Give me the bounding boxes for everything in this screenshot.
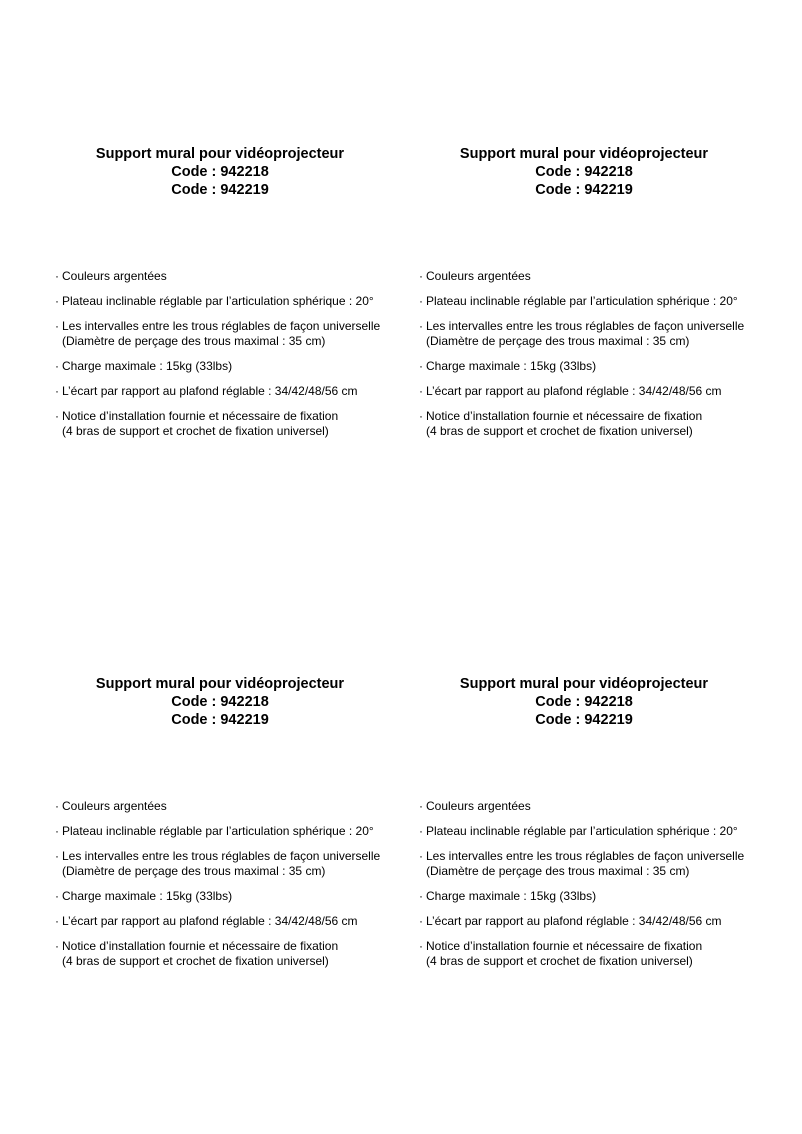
label-header: Support mural pour vidéoprojecteur Code …	[419, 145, 749, 199]
feature-item: L’écart par rapport au plafond réglable …	[55, 384, 415, 399]
product-code: Code : 942218	[419, 163, 749, 181]
feature-item: Notice d’installation fournie et nécessa…	[55, 409, 415, 439]
product-label-top-left: Support mural pour vidéoprojecteur Code …	[55, 145, 419, 199]
feature-item: Notice d’installation fournie et nécessa…	[419, 939, 779, 969]
product-code: Code : 942219	[55, 711, 385, 729]
feature-list: Couleurs argentées Plateau inclinable ré…	[419, 269, 779, 449]
product-code: Code : 942218	[55, 163, 385, 181]
feature-item: Couleurs argentées	[419, 799, 779, 814]
feature-item: Notice d’installation fournie et nécessa…	[419, 409, 779, 439]
feature-item: L’écart par rapport au plafond réglable …	[419, 914, 779, 929]
feature-item: Les intervalles entre les trous réglable…	[55, 849, 415, 879]
feature-item: Les intervalles entre les trous réglable…	[419, 849, 779, 879]
feature-item: Charge maximale : 15kg (33lbs)	[419, 359, 779, 374]
feature-list: Couleurs argentées Plateau inclinable ré…	[55, 269, 415, 449]
feature-list: Couleurs argentées Plateau inclinable ré…	[419, 799, 779, 979]
feature-item: Plateau inclinable réglable par l’articu…	[419, 824, 779, 839]
feature-item: Les intervalles entre les trous réglable…	[55, 319, 415, 349]
feature-item: L’écart par rapport au plafond réglable …	[55, 914, 415, 929]
product-code: Code : 942219	[419, 711, 749, 729]
label-header: Support mural pour vidéoprojecteur Code …	[55, 675, 385, 729]
product-label-bottom-left: Support mural pour vidéoprojecteur Code …	[55, 675, 419, 729]
feature-item: Charge maximale : 15kg (33lbs)	[55, 889, 415, 904]
product-code: Code : 942218	[55, 693, 385, 711]
product-label-bottom-right: Support mural pour vidéoprojecteur Code …	[419, 675, 783, 729]
product-title: Support mural pour vidéoprojecteur	[419, 145, 749, 163]
feature-item: Couleurs argentées	[419, 269, 779, 284]
feature-item: Les intervalles entre les trous réglable…	[419, 319, 779, 349]
product-title: Support mural pour vidéoprojecteur	[55, 675, 385, 693]
product-code: Code : 942219	[55, 181, 385, 199]
feature-item: Notice d’installation fournie et nécessa…	[55, 939, 415, 969]
feature-item: Plateau inclinable réglable par l’articu…	[419, 294, 779, 309]
feature-item: Plateau inclinable réglable par l’articu…	[55, 824, 415, 839]
feature-item: Charge maximale : 15kg (33lbs)	[419, 889, 779, 904]
feature-item: L’écart par rapport au plafond réglable …	[419, 384, 779, 399]
product-code: Code : 942218	[419, 693, 749, 711]
label-header: Support mural pour vidéoprojecteur Code …	[419, 675, 749, 729]
feature-list: Couleurs argentées Plateau inclinable ré…	[55, 799, 415, 979]
feature-item: Couleurs argentées	[55, 269, 415, 284]
feature-item: Charge maximale : 15kg (33lbs)	[55, 359, 415, 374]
product-label-top-right: Support mural pour vidéoprojecteur Code …	[419, 145, 783, 199]
product-title: Support mural pour vidéoprojecteur	[55, 145, 385, 163]
label-header: Support mural pour vidéoprojecteur Code …	[55, 145, 385, 199]
product-title: Support mural pour vidéoprojecteur	[419, 675, 749, 693]
product-code: Code : 942219	[419, 181, 749, 199]
feature-item: Plateau inclinable réglable par l’articu…	[55, 294, 415, 309]
feature-item: Couleurs argentées	[55, 799, 415, 814]
